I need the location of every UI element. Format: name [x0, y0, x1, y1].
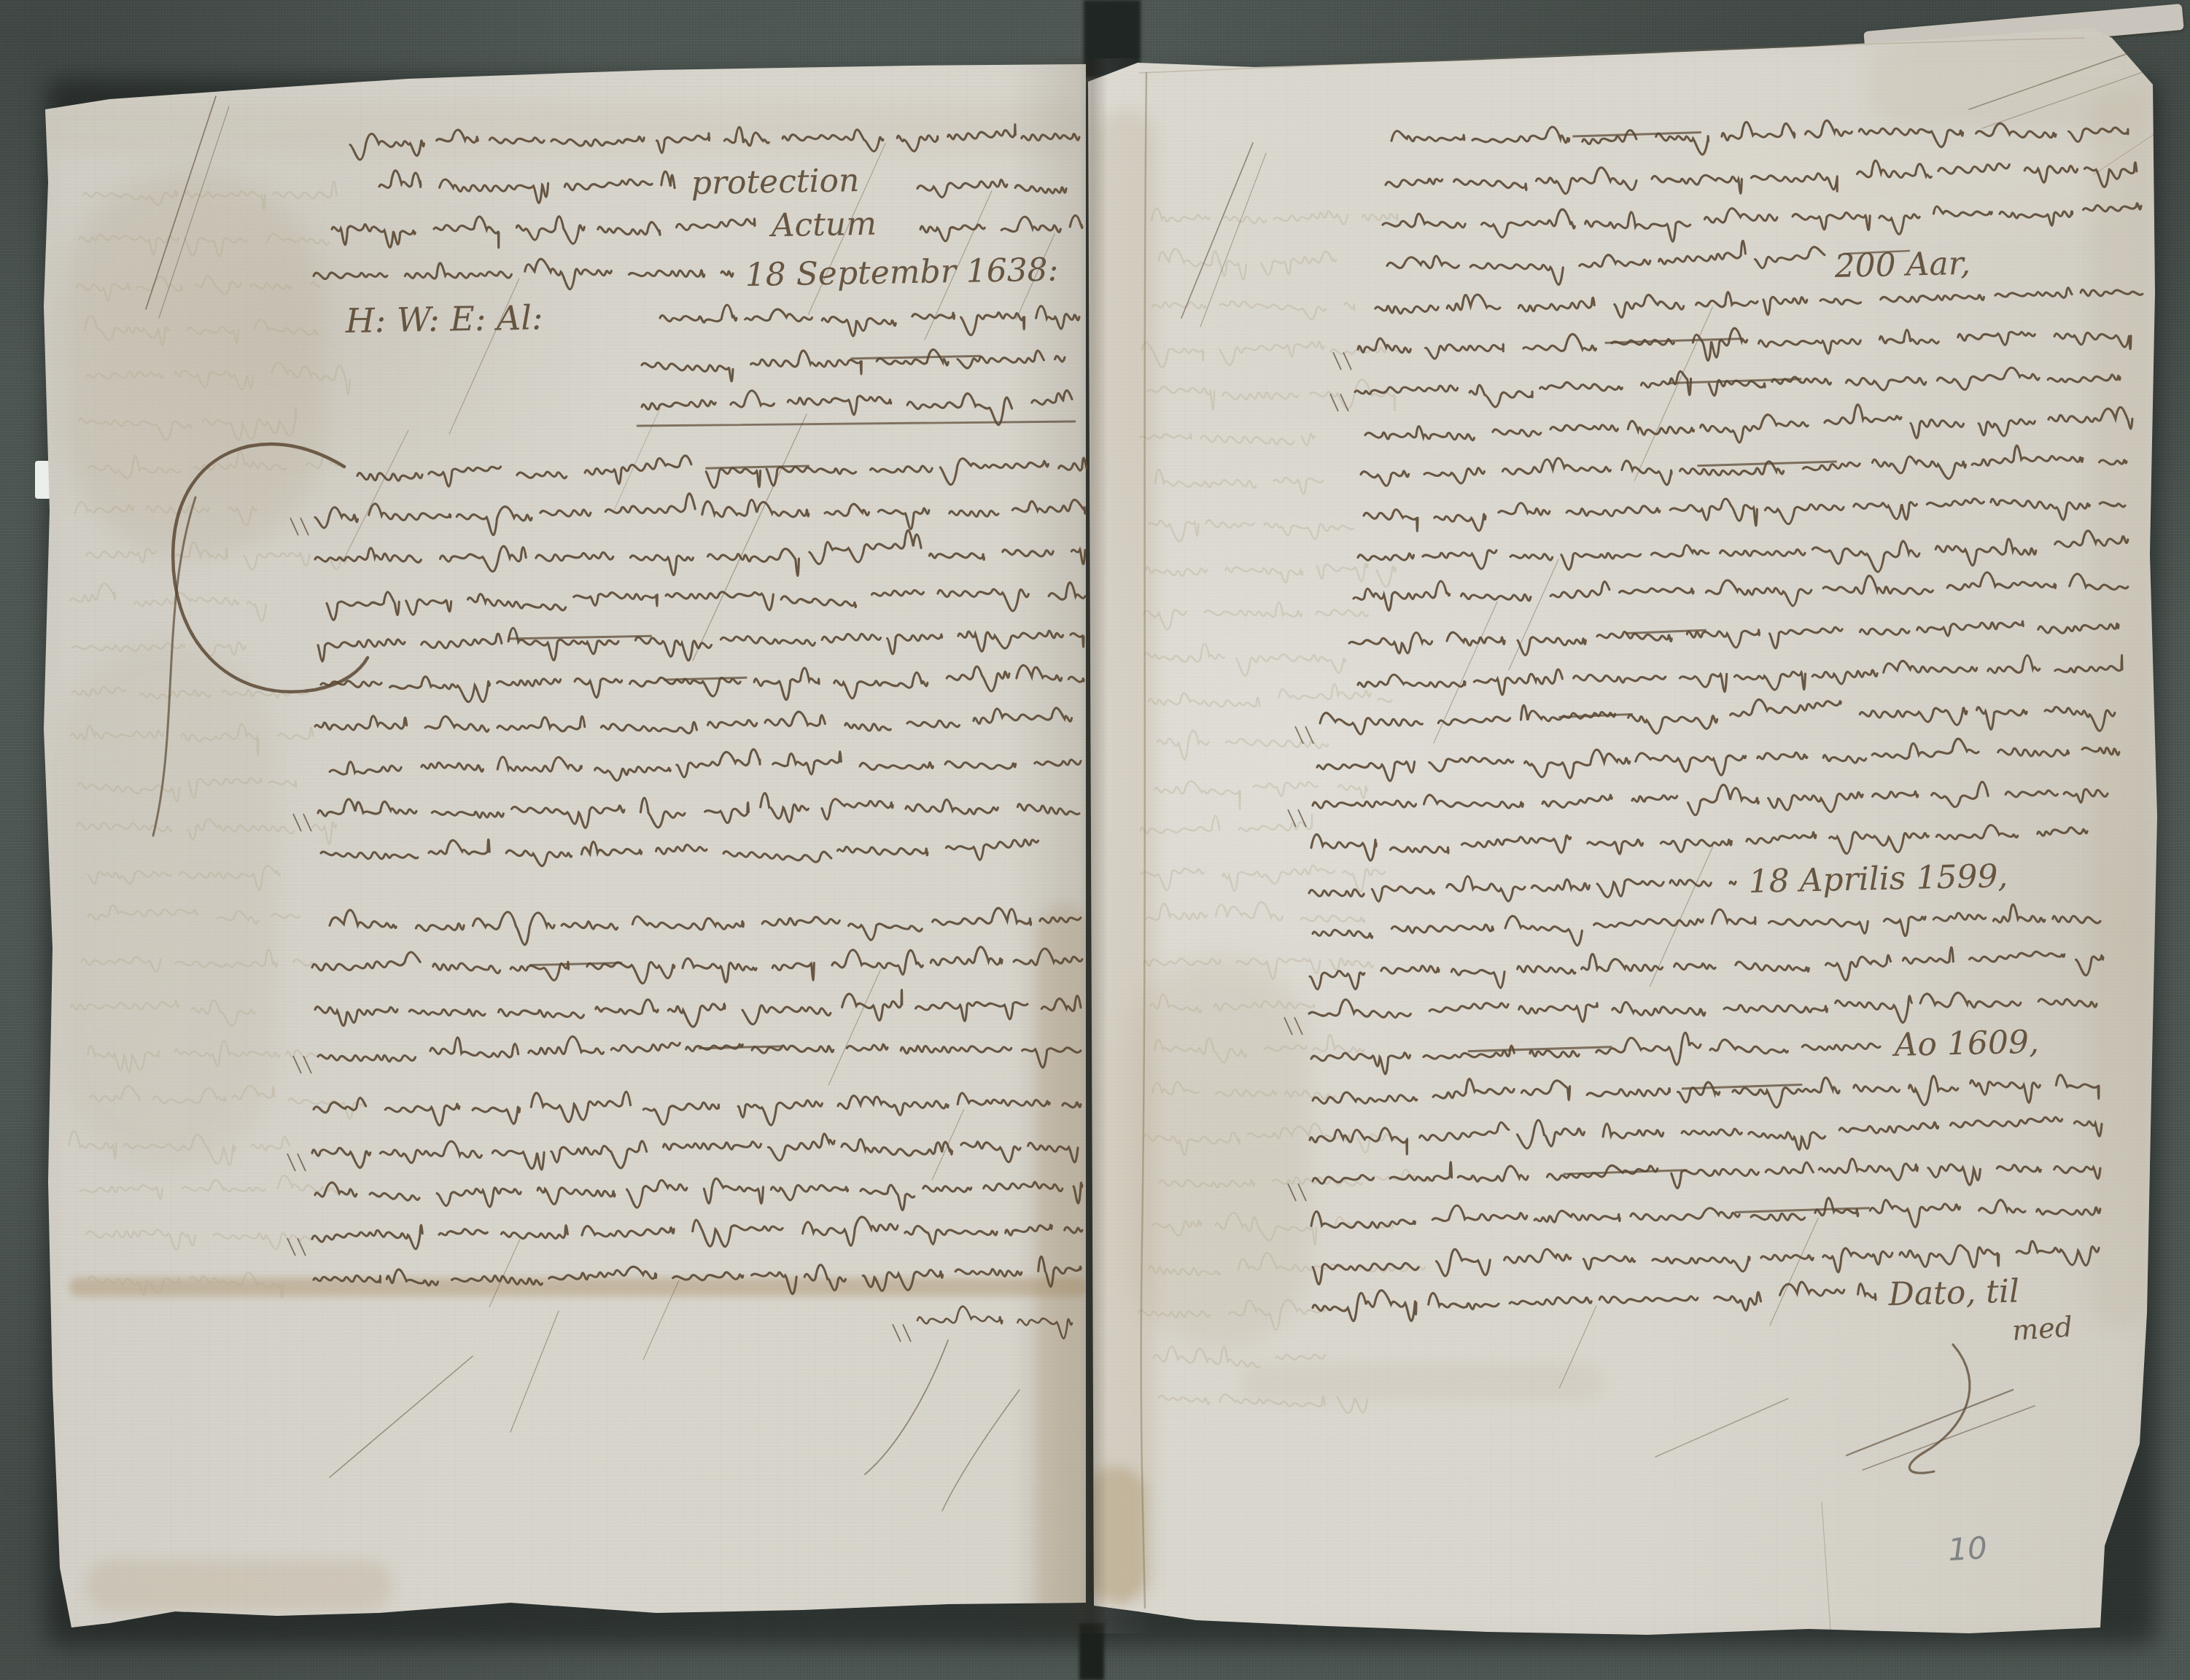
- handwriting-line: [1313, 1159, 2100, 1188]
- handwriting-line: [312, 1134, 1078, 1170]
- flourish-stroke: [1822, 1502, 1830, 1630]
- ghost-line: [1154, 1347, 1325, 1368]
- ornament-path: [1139, 38, 2084, 73]
- ghost-line: [88, 866, 280, 890]
- handwriting-line: [379, 171, 675, 203]
- handwriting-line: [1317, 739, 2119, 781]
- handwriting-line: [1313, 782, 2108, 814]
- page-number: 10: [1947, 1530, 1988, 1568]
- handwriting-line: [1313, 1282, 1876, 1321]
- handwriting-line: [1311, 1198, 2100, 1228]
- handwriting-line: [1310, 1117, 2102, 1154]
- handwriting-line: [1386, 160, 2137, 193]
- ghost-line: [1140, 434, 1314, 446]
- ghost-line: [1138, 1300, 1324, 1330]
- handwriting-line: [920, 215, 1082, 241]
- handwriting-line: [1361, 446, 2127, 486]
- ghost-line: [75, 502, 257, 525]
- hairline-flourish: [1634, 307, 1712, 481]
- ghost-line: [88, 451, 338, 479]
- ghost-line: [1149, 1253, 1426, 1275]
- fragment-date-1599: 18 Aprilis 1599,: [1748, 857, 2008, 901]
- ornament-path: [865, 1340, 948, 1474]
- quote-mark: [290, 518, 308, 535]
- flourish-stroke: [637, 421, 1075, 426]
- handwriting-line: [350, 125, 1079, 160]
- hairline-flourish: [1559, 1305, 1596, 1388]
- ghost-line: [1146, 902, 1365, 922]
- ghost-line: [1151, 995, 1314, 1013]
- handwriting-line: [330, 908, 1081, 944]
- flourish-stroke: [614, 408, 660, 510]
- ghost-line: [1152, 1082, 1335, 1099]
- strike-through: [1626, 630, 1706, 633]
- ghost-line: [1154, 1035, 1364, 1062]
- strike-through: [1559, 714, 1633, 717]
- flourish-stroke: [2093, 131, 2159, 175]
- ghost-line: [1146, 563, 1395, 586]
- ghost-line: [80, 1175, 342, 1199]
- handwriting-line: [1355, 367, 2120, 407]
- fragment-salutation: H: W: E: Al:: [344, 297, 543, 341]
- handwriting-line: [642, 390, 1072, 424]
- quote-mark: [293, 1056, 311, 1073]
- flourish-stroke: [1969, 45, 2151, 109]
- fragment-200-aar: 200 Aar,: [1833, 245, 1970, 285]
- ghost-line: [1141, 814, 1312, 833]
- quote-mark: [287, 1154, 306, 1171]
- flourish-stroke: [1181, 143, 1253, 318]
- ghost-line: [1153, 301, 1355, 319]
- handwriting-line: [1391, 120, 2128, 155]
- ghost-line: [71, 583, 266, 621]
- handwriting-line: [1375, 287, 2143, 317]
- handwriting-line: [1358, 531, 2128, 572]
- ghost-line: [86, 1229, 313, 1250]
- handwriting-line: [312, 947, 1082, 984]
- flourish-stroke: [330, 1356, 473, 1477]
- ghost-line: [78, 778, 296, 801]
- ghost-line: [71, 724, 314, 755]
- handwritten-text: [287, 120, 2143, 1388]
- strike-through: [508, 636, 652, 639]
- ghost-line: [87, 362, 350, 394]
- quote-mark: [287, 1238, 306, 1256]
- quote-mark: [293, 814, 311, 831]
- ghost-line: [88, 1272, 283, 1298]
- fragment-med: med: [2011, 1310, 2074, 1347]
- ghost-line: [90, 1086, 364, 1119]
- ghost-line: [1152, 209, 1397, 225]
- handwriting-line: [1309, 992, 2097, 1022]
- ghost-line: [77, 276, 320, 301]
- hairline-flourish: [828, 970, 880, 1085]
- handwriting-line: [1310, 947, 2103, 989]
- hairline-flourish: [489, 1240, 520, 1307]
- handwriting-line: [314, 259, 733, 289]
- handwriting-line: [330, 750, 1081, 781]
- handwriting-line: [1311, 825, 2087, 861]
- handwriting-line: [1311, 1032, 1880, 1074]
- handwriting-line: [642, 349, 1065, 381]
- handwriting-line: [314, 1092, 1081, 1125]
- handwriting-line: [327, 583, 1085, 620]
- handwriting-line: [1387, 241, 1825, 284]
- quote-mark: [1284, 1017, 1302, 1035]
- ghost-line: [71, 1000, 255, 1026]
- strike-through: [1468, 1047, 1612, 1051]
- handwriting-line: [1383, 203, 2141, 241]
- handwriting-line: [1313, 904, 2100, 945]
- ghost-line: [1159, 249, 1337, 279]
- ghost-line: [1141, 866, 1385, 892]
- flourish-stroke: [1982, 67, 2157, 128]
- flourish-stroke: [510, 1311, 559, 1432]
- ghost-line: [72, 642, 246, 656]
- flourish-stroke: [343, 430, 408, 561]
- ornament-path: [942, 1390, 1020, 1511]
- handwriting-line: [318, 793, 1079, 828]
- handwriting-line: [1358, 655, 2122, 694]
- handwriting-line: [1313, 1075, 2099, 1108]
- handwriting-line: [660, 305, 1079, 336]
- ghost-line: [1143, 602, 1367, 629]
- handwriting-line: [315, 990, 1081, 1027]
- handwriting-line: [357, 456, 1087, 488]
- handwriting-line: [1364, 499, 2125, 532]
- handwriting-line: [318, 628, 1084, 661]
- hairline-flourish: [1509, 559, 1559, 670]
- ghost-line: [1149, 520, 1354, 541]
- flourish-stroke: [693, 414, 807, 661]
- ghost-line: [85, 316, 318, 345]
- handwriting-line: [1365, 405, 2132, 443]
- ghost-line: [79, 408, 296, 440]
- fragment-dato: Dato, til: [1887, 1272, 2020, 1313]
- handwriting-line: [1320, 699, 2115, 734]
- ornament-path: [1909, 1345, 1970, 1473]
- ghost-line: [88, 1041, 321, 1073]
- ghost-line: [82, 949, 318, 972]
- ornament-path: [1141, 73, 1146, 1608]
- handwriting-line: [321, 665, 1084, 701]
- handwriting-overlay: protection Actum 18 Septembr 1638: H: W:…: [0, 0, 2190, 1680]
- handwriting-line: [315, 1178, 1082, 1210]
- handwriting-line: [1349, 621, 2119, 655]
- quote-mark: [893, 1324, 911, 1342]
- handwriting-line: [315, 530, 1085, 575]
- fragment-date-1638: 18 Septembr 1638:: [745, 252, 1059, 294]
- handwriting-line: [314, 1256, 1081, 1294]
- ghost-line: [1155, 781, 1367, 809]
- strike-through: [850, 356, 980, 358]
- ghost-line: [1149, 684, 1391, 707]
- flourish-stroke: [1655, 1399, 1788, 1457]
- strike-through: [1572, 133, 1701, 137]
- ghost-line: [1155, 470, 1323, 494]
- ghost-line: [1157, 731, 1328, 760]
- ghost-line: [88, 905, 300, 923]
- fragment-anno-1609: Ao 1609,: [1891, 1024, 2039, 1065]
- handwriting-line: [917, 1307, 1072, 1339]
- fragment-protection: protection: [691, 162, 859, 202]
- ghost-line: [1144, 958, 1374, 979]
- ghost-line: [84, 181, 337, 209]
- ghost-line: [1143, 1124, 1398, 1155]
- handwriting-line: [315, 494, 1085, 535]
- ghost-line: [86, 542, 346, 569]
- handwriting-line: [332, 217, 755, 248]
- ghost-line: [79, 234, 329, 257]
- ghost-line: [1147, 379, 1395, 410]
- ghost-line: [1159, 1394, 1367, 1413]
- handwriting-line: [318, 1037, 1081, 1068]
- fragment-actum: Actum: [768, 205, 877, 244]
- quote-mark: [1288, 1183, 1306, 1201]
- ghost-line: [1152, 1213, 1393, 1245]
- handwriting-line: [321, 839, 1038, 866]
- ghost-line: [69, 1131, 290, 1165]
- hairline-flourish: [1770, 1218, 1819, 1326]
- handwriting-line: [917, 180, 1066, 198]
- hairline-flourish: [643, 1280, 679, 1360]
- manuscript-photograph: protection Actum 18 Septembr 1638: H: W:…: [0, 0, 2190, 1680]
- handwriting-line: [315, 708, 1072, 734]
- handwriting-line: [1309, 876, 1736, 902]
- ghost-line: [1142, 341, 1400, 367]
- handwriting-line: [312, 1217, 1082, 1249]
- handwriting-line: [1358, 328, 2131, 360]
- handwriting-line: [1354, 572, 2128, 610]
- ghost-line: [1145, 644, 1346, 676]
